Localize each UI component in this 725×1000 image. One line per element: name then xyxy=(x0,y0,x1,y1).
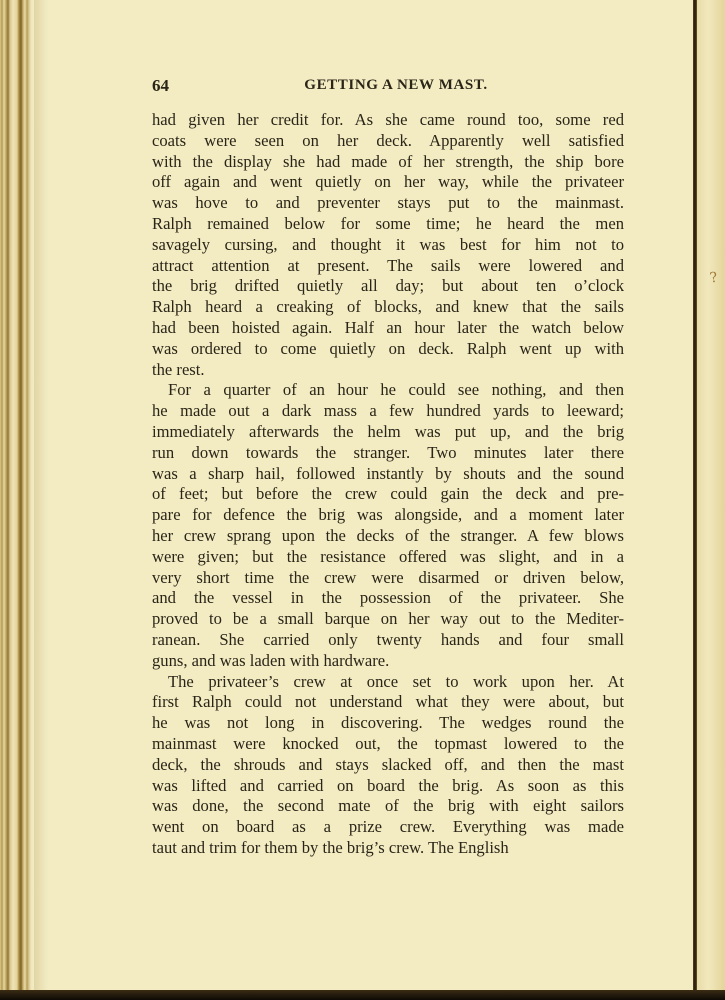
running-head: 64 GETTING A NEW MAST. xyxy=(152,76,624,98)
text-line: the brig drifted quietly all day; but ab… xyxy=(152,276,624,297)
text-line: ranean. She carried only twenty hands an… xyxy=(152,630,624,651)
text-line: savagely cursing, and thought it was bes… xyxy=(152,235,624,256)
text-line: was ordered to come quietly on deck. Ral… xyxy=(152,339,624,360)
text-line: The privateer’s crew at once set to work… xyxy=(152,672,624,693)
text-line: her crew sprang upon the decks of the st… xyxy=(152,526,624,547)
text-line: he was not long in discovering. The wedg… xyxy=(152,713,624,734)
text-line: deck, the shrouds and stays slacked off,… xyxy=(152,755,624,776)
text-line: and the vessel in the possession of the … xyxy=(152,588,624,609)
scanned-book-page: ? 64 GETTING A NEW MAST. had given her c… xyxy=(0,0,725,1000)
text-line: first Ralph could not understand what th… xyxy=(152,692,624,713)
text-line: immediately afterwards the helm was put … xyxy=(152,422,624,443)
page-content: 64 GETTING A NEW MAST. had given her cre… xyxy=(152,76,624,859)
text-line: very short time the crew were disarmed o… xyxy=(152,568,624,589)
text-line: taut and trim for them by the brig’s cre… xyxy=(152,838,624,859)
next-page-edge xyxy=(697,0,725,1000)
text-line: was done, the second mate of the brig wi… xyxy=(152,796,624,817)
text-line: went on board as a prize crew. Everythin… xyxy=(152,817,624,838)
binding-shadow xyxy=(34,0,48,1000)
paragraph: For a quarter of an hour he could see no… xyxy=(152,380,624,671)
book-binding-edge xyxy=(0,0,34,1000)
text-line: run down towards the stranger. Two minut… xyxy=(152,443,624,464)
bottom-shadow-edge xyxy=(0,990,725,1000)
text-line: pare for defence the brig was alongside,… xyxy=(152,505,624,526)
paragraph: The privateer’s crew at once set to work… xyxy=(152,672,624,859)
body-text: had given her credit for. As she came ro… xyxy=(152,110,624,859)
text-line: were given; but the resistance offered w… xyxy=(152,547,624,568)
text-line: had been hoisted again. Half an hour lat… xyxy=(152,318,624,339)
text-line: with the display she had made of her str… xyxy=(152,152,624,173)
text-line: of feet; but before the crew could gain … xyxy=(152,484,624,505)
text-line: Ralph heard a creaking of blocks, and kn… xyxy=(152,297,624,318)
text-line: he made out a dark mass a few hundred ya… xyxy=(152,401,624,422)
text-line: Ralph remained below for some time; he h… xyxy=(152,214,624,235)
text-line: attract attention at present. The sails … xyxy=(152,256,624,277)
text-line: off again and went quietly on her way, w… xyxy=(152,172,624,193)
text-line: the rest. xyxy=(152,360,624,381)
text-line: was hove to and preventer stays put to t… xyxy=(152,193,624,214)
text-line: proved to be a small barque on her way o… xyxy=(152,609,624,630)
text-line: was lifted and carried on board the brig… xyxy=(152,776,624,797)
paragraph: had given her credit for. As she came ro… xyxy=(152,110,624,380)
text-line: For a quarter of an hour he could see no… xyxy=(152,380,624,401)
text-line: mainmast were knocked out, the topmast l… xyxy=(152,734,624,755)
text-line: was a sharp hail, followed instantly by … xyxy=(152,464,624,485)
text-line: guns, and was laden with hardware. xyxy=(152,651,624,672)
text-line: coats were seen on her deck. Apparently … xyxy=(152,131,624,152)
text-line: had given her credit for. As she came ro… xyxy=(152,110,624,131)
chapter-title: GETTING A NEW MAST. xyxy=(152,77,624,94)
